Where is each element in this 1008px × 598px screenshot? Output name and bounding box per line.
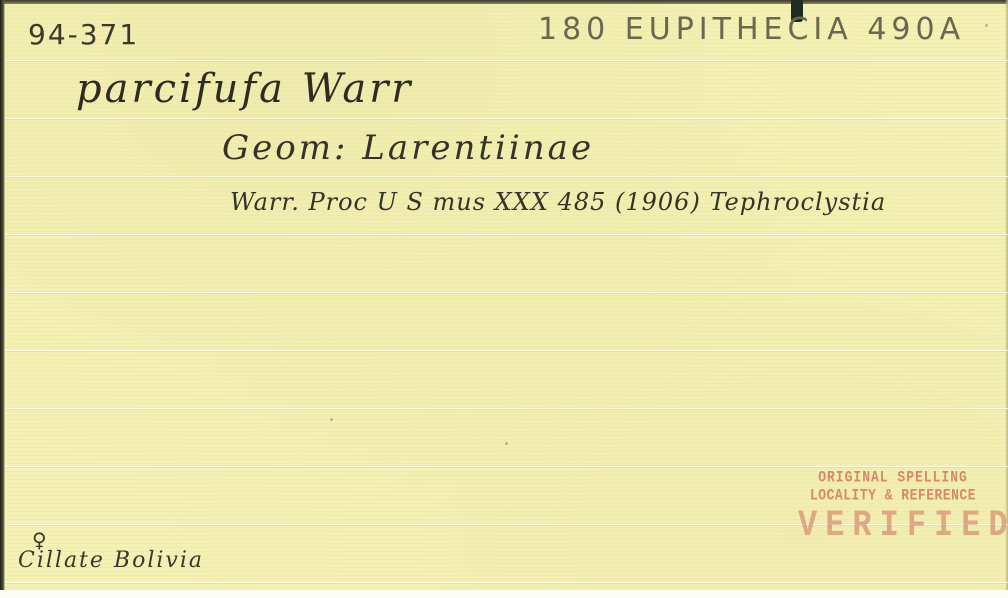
ruled-line [5, 60, 1008, 61]
ruled-line [5, 408, 1008, 409]
stamp-line-verified: VERIFIED. [798, 503, 988, 549]
family-subfamily: Geom: Larentiinae [222, 128, 594, 168]
ruled-line [5, 292, 1008, 293]
paper-speck [330, 418, 333, 421]
paper-speck [98, 560, 101, 563]
paper-speck [505, 442, 508, 445]
paper-speck [985, 24, 988, 27]
type-locality: Cillate Bolivia [18, 548, 204, 573]
genus-header: 180 EUPITHECIA 490a [538, 12, 965, 47]
index-card: 94-371 180 EUPITHECIA 490a parcifufa War… [0, 0, 1008, 590]
verification-stamp: ORIGINAL SPELLING LOCALITY & REFERENCE V… [798, 470, 988, 546]
ruled-line [5, 466, 1008, 467]
ruled-line [5, 176, 1008, 177]
scan-bottom-margin [0, 590, 1008, 598]
ruled-line [5, 350, 1008, 351]
card-left-edge [0, 0, 5, 590]
ruled-line [5, 234, 1008, 235]
ruled-line [5, 582, 1008, 583]
card-top-edge [0, 0, 1008, 4]
ruled-line [5, 118, 1008, 119]
accession-number: 94-371 [28, 18, 139, 51]
species-name: parcifufa Warr [76, 66, 413, 112]
publication-reference: Warr. Proc U S mus XXX 485 (1906) Tephro… [230, 188, 886, 216]
